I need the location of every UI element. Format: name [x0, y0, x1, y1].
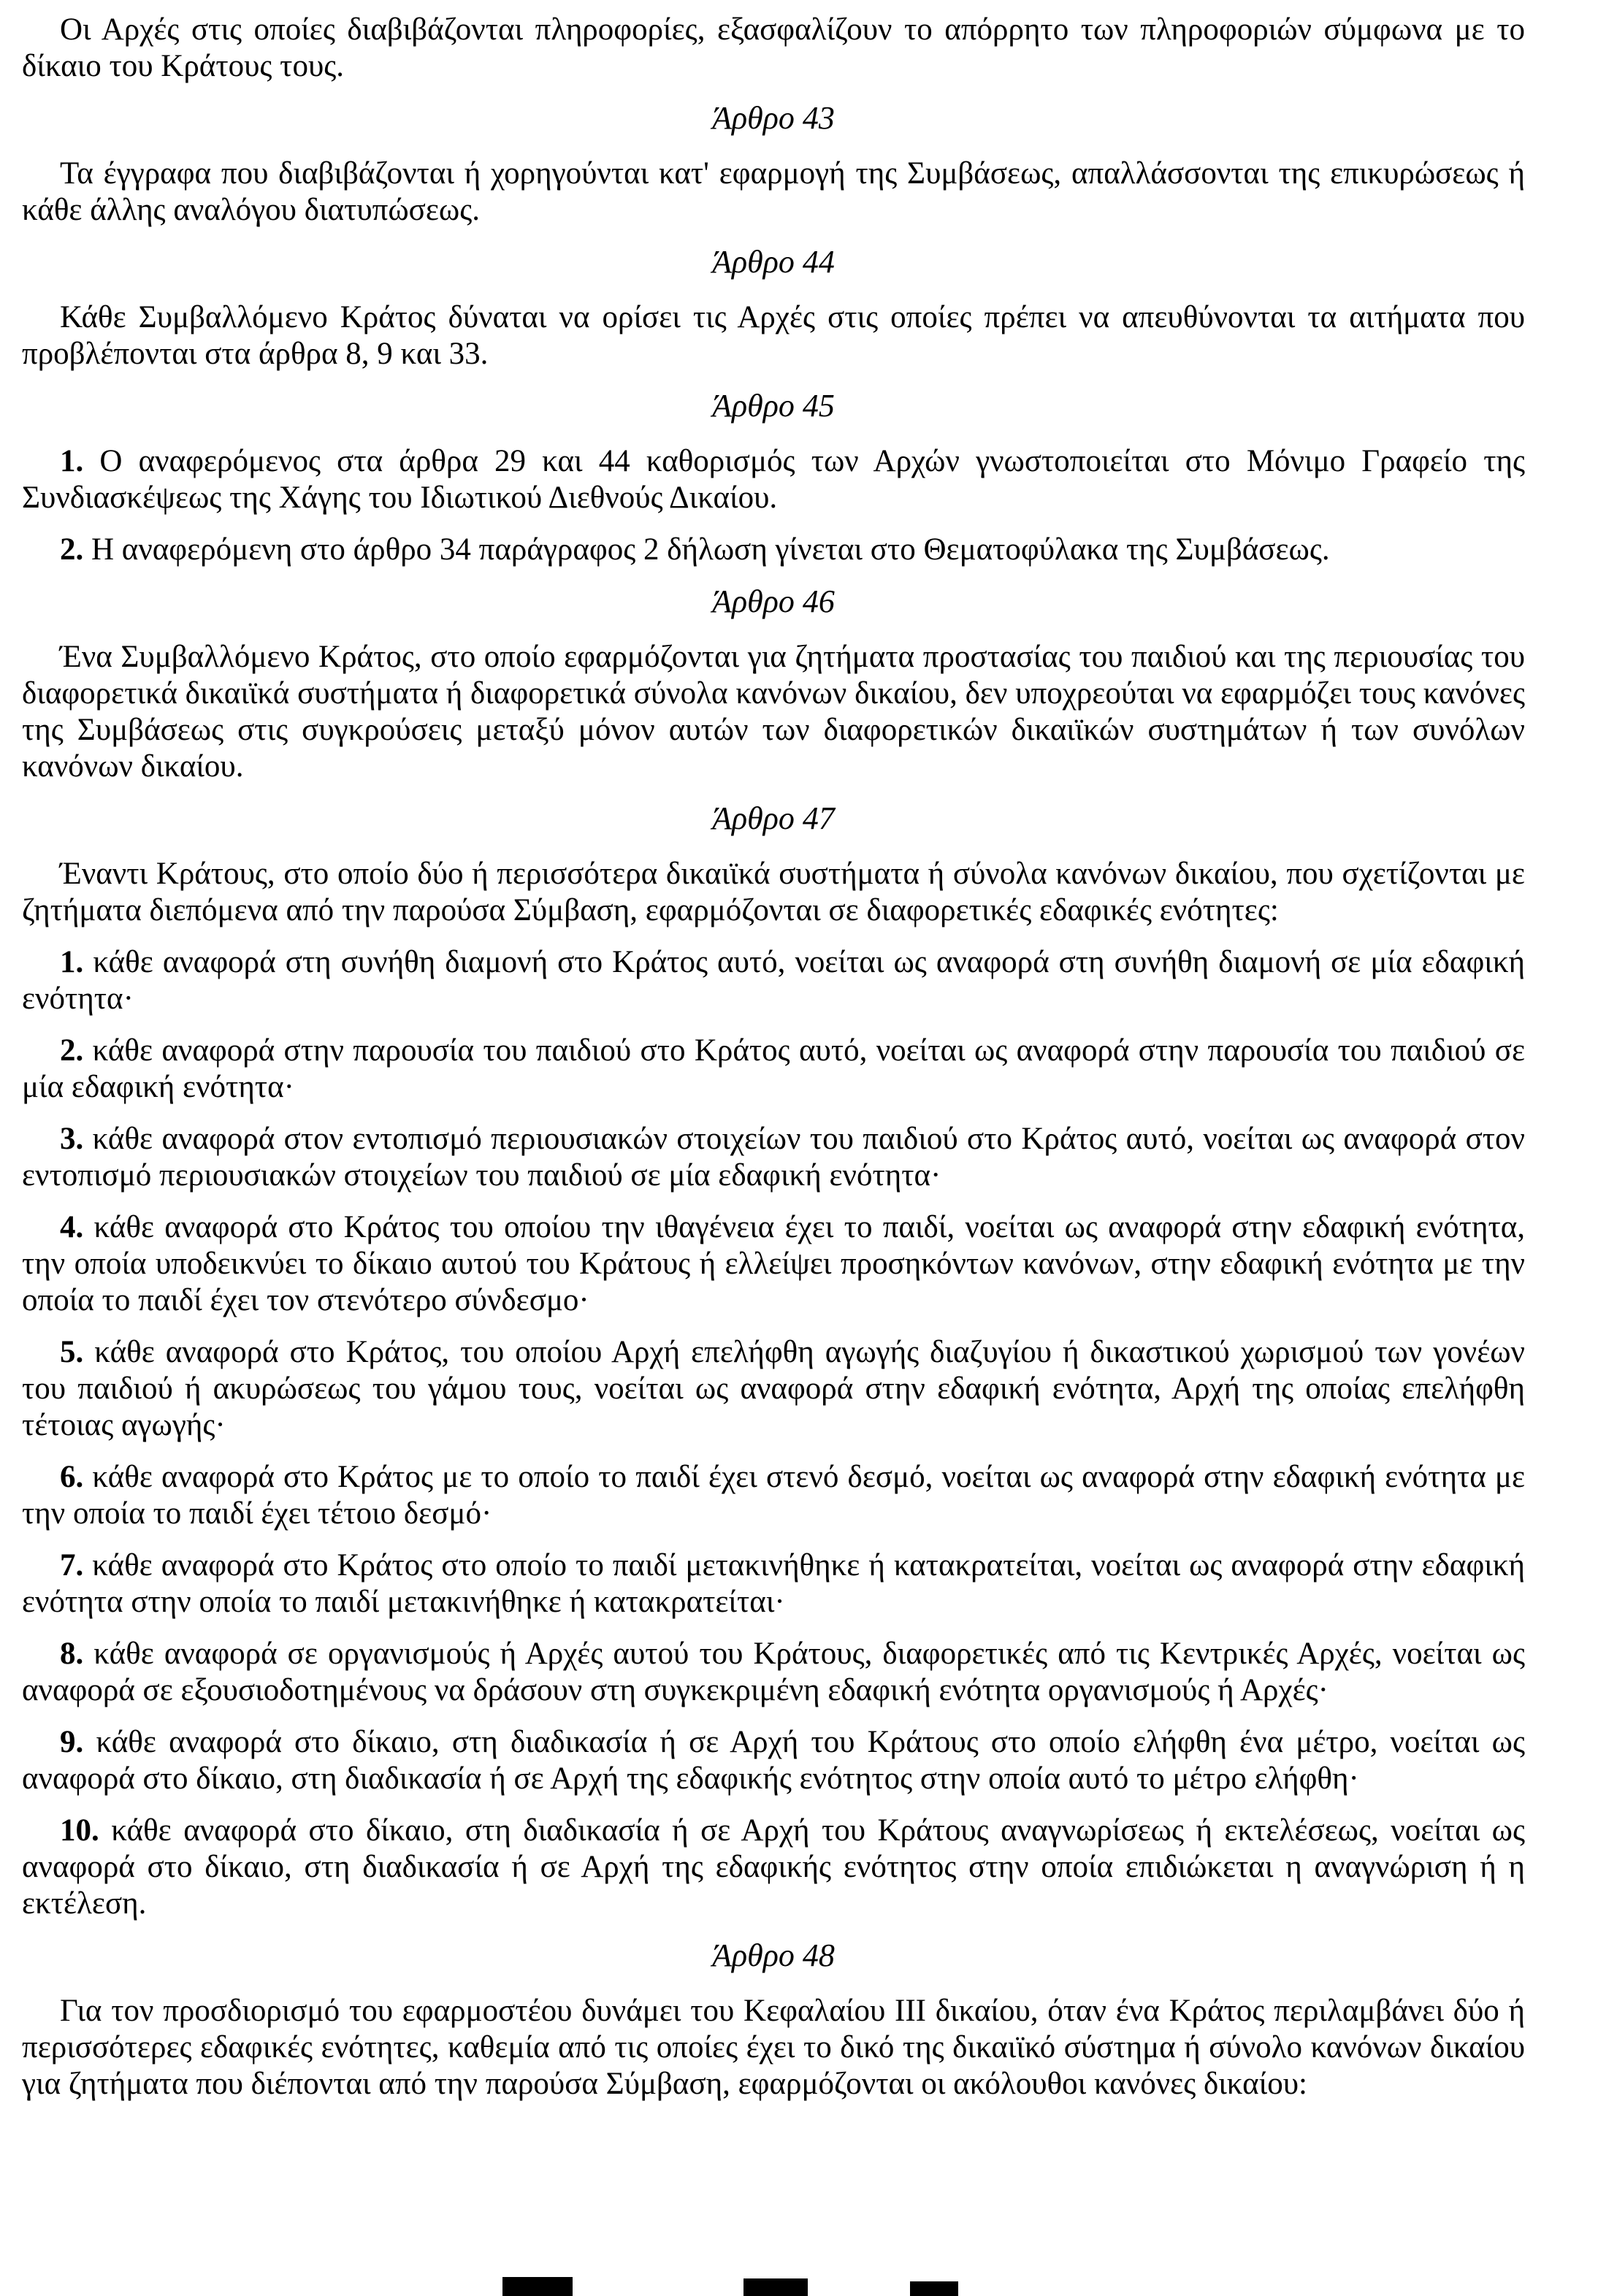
numbered-item: 7. κάθε αναφορά στο Κράτος στο οποίο το … — [22, 1547, 1525, 1620]
article-heading-45: Άρθρο 45 — [22, 388, 1525, 424]
numbered-item: 2. κάθε αναφορά στην παρουσία του παιδιο… — [22, 1033, 1525, 1106]
body-paragraph: Κάθε Συμβαλλόμενο Κράτος δύναται να ορίσ… — [22, 299, 1525, 372]
item-text: κάθε αναφορά στο Κράτος στο οποίο το παι… — [22, 1548, 1525, 1619]
item-number: 1. — [60, 444, 83, 478]
item-number: 10. — [60, 1813, 99, 1848]
item-text: κάθε αναφορά στη συνήθη διαμονή στο Κράτ… — [22, 945, 1525, 1016]
numbered-item: 8. κάθε αναφορά σε οργανισμούς ή Αρχές α… — [22, 1636, 1525, 1709]
item-text: κάθε αναφορά στο Κράτος του οποίου την ι… — [22, 1210, 1525, 1317]
article-heading-43: Άρθρο 43 — [22, 100, 1525, 137]
item-text: κάθε αναφορά στον εντοπισμό περιουσιακών… — [22, 1122, 1525, 1193]
item-number: 8. — [60, 1637, 83, 1671]
item-number: 4. — [60, 1210, 83, 1244]
numbered-item: 9. κάθε αναφορά στο δίκαιο, στη διαδικασ… — [22, 1724, 1525, 1797]
numbered-item: 3. κάθε αναφορά στον εντοπισμό περιουσια… — [22, 1121, 1525, 1194]
body-paragraph: Έναντι Κράτους, στο οποίο δύο ή περισσότ… — [22, 856, 1525, 929]
item-text: κάθε αναφορά στο Κράτος με το οποίο το π… — [22, 1460, 1525, 1531]
body-paragraph: Ένα Συμβαλλόμενο Κράτος, στο οποίο εφαρμ… — [22, 639, 1525, 785]
body-paragraph: Για τον προσδιορισμό του εφαρμοστέου δυν… — [22, 1993, 1525, 2102]
item-text: Ο αναφερόμενος στα άρθρα 29 και 44 καθορ… — [22, 444, 1525, 515]
item-number: 9. — [60, 1725, 83, 1759]
scan-artifact — [743, 2278, 808, 2296]
numbered-item: 5. κάθε αναφορά στο Κράτος, του οποίου Α… — [22, 1334, 1525, 1444]
article-heading-46: Άρθρο 46 — [22, 583, 1525, 620]
body-paragraph: Τα έγγραφα που διαβιβάζονται ή χορηγούντ… — [22, 156, 1525, 229]
article-heading-44: Άρθρο 44 — [22, 244, 1525, 280]
item-text: κάθε αναφορά στο δίκαιο, στη διαδικασία … — [22, 1725, 1525, 1796]
scan-artifact — [910, 2281, 958, 2296]
item-number: 6. — [60, 1460, 83, 1494]
scanned-document-page: Οι Αρχές στις οποίες διαβιβάζονται πληρο… — [0, 0, 1598, 2296]
item-text: κάθε αναφορά στο δίκαιο, στη διαδικασία … — [22, 1813, 1525, 1921]
article-heading-48: Άρθρο 48 — [22, 1937, 1525, 1974]
numbered-item: 4. κάθε αναφορά στο Κράτος του οποίου τη… — [22, 1209, 1525, 1319]
item-number: 2. — [60, 1033, 83, 1068]
item-text: κάθε αναφορά στο Κράτος, του οποίου Αρχή… — [22, 1335, 1525, 1442]
numbered-item: 1. κάθε αναφορά στη συνήθη διαμονή στο Κ… — [22, 944, 1525, 1017]
scan-artifact — [502, 2277, 573, 2296]
item-number: 2. — [60, 532, 83, 567]
article-heading-47: Άρθρο 47 — [22, 800, 1525, 837]
numbered-item: 2. Η αναφερόμενη στο άρθρο 34 παράγραφος… — [22, 532, 1525, 568]
item-text: κάθε αναφορά σε οργανισμούς ή Αρχές αυτο… — [22, 1637, 1525, 1707]
item-number: 1. — [60, 945, 83, 979]
item-text: κάθε αναφορά στην παρουσία του παιδιού σ… — [22, 1033, 1525, 1104]
item-number: 3. — [60, 1122, 83, 1156]
item-number: 7. — [60, 1548, 83, 1583]
numbered-item: 10. κάθε αναφορά στο δίκαιο, στη διαδικα… — [22, 1813, 1525, 1922]
body-paragraph: Οι Αρχές στις οποίες διαβιβάζονται πληρο… — [22, 12, 1525, 85]
item-number: 5. — [60, 1335, 83, 1369]
item-text: Η αναφερόμενη στο άρθρο 34 παράγραφος 2 … — [91, 532, 1330, 567]
numbered-item: 6. κάθε αναφορά στο Κράτος με το οποίο τ… — [22, 1459, 1525, 1532]
numbered-item: 1. Ο αναφερόμενος στα άρθρα 29 και 44 κα… — [22, 443, 1525, 516]
